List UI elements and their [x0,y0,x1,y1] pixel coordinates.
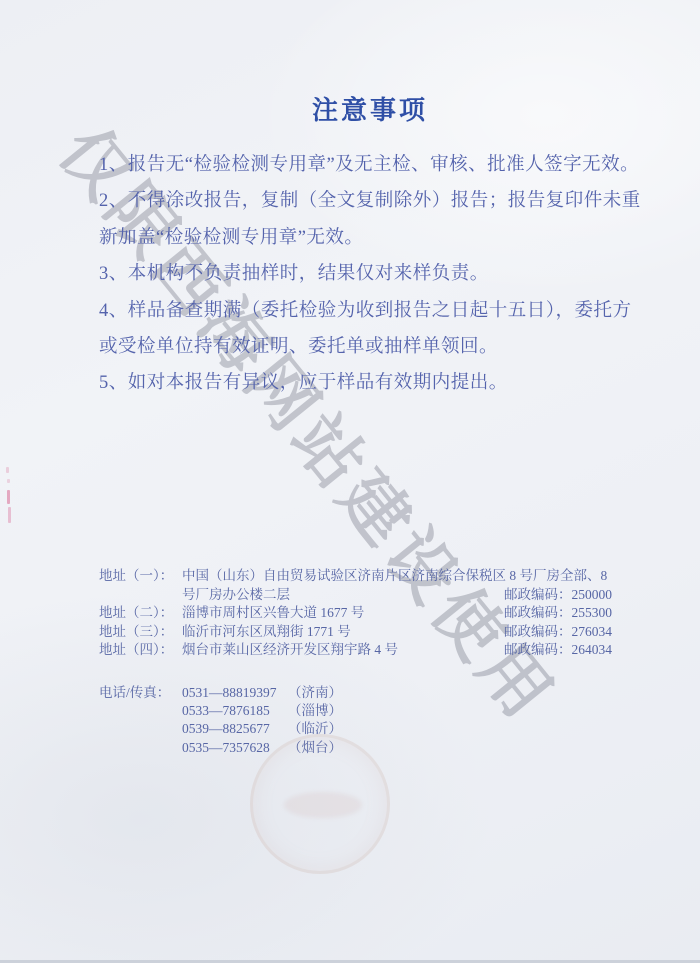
phone-row: 0533—7876185 （淄博） [99,702,519,720]
scanned-report-notice-page: 仅限西海网站建设使用 注意事项 1、报告无“检验检测专用章”及无主检、审核、批准… [0,0,700,963]
phone-number: 0533—7876185 [182,702,288,720]
phone-fax-label-spacer [99,739,182,757]
phone-fax-label: 电话/传真： [99,684,182,702]
note-line-2-cont: 新加盖“检验检测专用章”无效。 [99,220,624,256]
phone-number: 0535—7357628 [182,739,288,757]
address-row: 地址（二）： 淄博市周村区兴鲁大道 1677 号 邮政编码：255300 [99,604,612,623]
phone-city: （济南） [288,684,342,702]
postal-code: 邮政编码：276034 [486,623,612,642]
paper-texture [0,0,700,963]
postal-code: 邮政编码：250000 [486,586,612,605]
address-label: 地址（三）： [99,623,182,642]
phone-fax-label-spacer [99,720,182,738]
phone-city: （临沂） [288,720,342,738]
address-row: 地址（四）： 烟台市莱山区经济开发区翔宇路 4 号 邮政编码：264034 [99,641,612,660]
postal-code: 邮政编码：264034 [486,641,612,660]
left-edge-ink-mark [7,490,10,504]
phone-number: 0531—88819397 [182,684,288,702]
left-edge-ink-mark [6,467,9,473]
note-line-3: 3、本机构不负责抽样时，结果仅对来样负责。 [99,256,624,292]
note-line-5: 5、如对本报告有异议，应于样品有效期内提出。 [99,365,624,401]
address-value: 中国（山东）自由贸易试验区济南片区济南综合保税区 8 号厂房全部、8 [182,567,607,586]
notes-list: 1、报告无“检验检测专用章”及无主检、审核、批准人签字无效。 2、不得涂改报告，… [99,147,624,402]
address-value: 号厂房办公楼二层 [182,586,486,605]
postal-code: 邮政编码：255300 [486,604,612,623]
note-line-1: 1、报告无“检验检测专用章”及无主检、审核、批准人签字无效。 [99,147,624,183]
phone-city: （淄博） [288,702,342,720]
stamp-bleedthrough-smudge [284,792,362,818]
address-value: 临沂市河东区凤翔街 1771 号 [182,623,486,642]
phone-fax-block: 电话/传真： 0531—88819397 （济南） 0533—7876185 （… [99,684,519,757]
left-edge-ink-mark [8,507,11,523]
address-label: 地址（一）： [99,567,182,586]
phone-row: 电话/传真： 0531—88819397 （济南） [99,684,519,702]
postal-code [607,567,700,586]
address-row: 号厂房办公楼二层 邮政编码：250000 [99,586,612,605]
phone-row: 0535—7357628 （烟台） [99,739,519,757]
address-label: 地址（二）： [99,604,182,623]
page-title: 注意事项 [20,90,700,127]
phone-row: 0539—8825677 （临沂） [99,720,519,738]
address-row: 地址（三）： 临沂市河东区凤翔街 1771 号 邮政编码：276034 [99,623,612,642]
address-block: 地址（一）： 中国（山东）自由贸易试验区济南片区济南综合保税区 8 号厂房全部、… [99,567,612,660]
address-label [99,586,182,605]
address-value: 淄博市周村区兴鲁大道 1677 号 [182,604,486,623]
address-label: 地址（四）： [99,641,182,660]
phone-city: （烟台） [288,739,342,757]
left-edge-ink-mark [7,479,10,483]
note-line-4-cont: 或受检单位持有效证明、委托单或抽样单领回。 [99,329,624,365]
note-line-2: 2、不得涂改报告，复制（全文复制除外）报告；报告复印件未重 [99,183,624,219]
address-value: 烟台市莱山区经济开发区翔宇路 4 号 [182,641,486,660]
phone-number: 0539—8825677 [182,720,288,738]
phone-fax-label-spacer [99,702,182,720]
address-row: 地址（一）： 中国（山东）自由贸易试验区济南片区济南综合保税区 8 号厂房全部、… [99,567,612,586]
note-line-4: 4、样品备查期满（委托检验为收到报告之日起十五日），委托方 [99,293,624,329]
